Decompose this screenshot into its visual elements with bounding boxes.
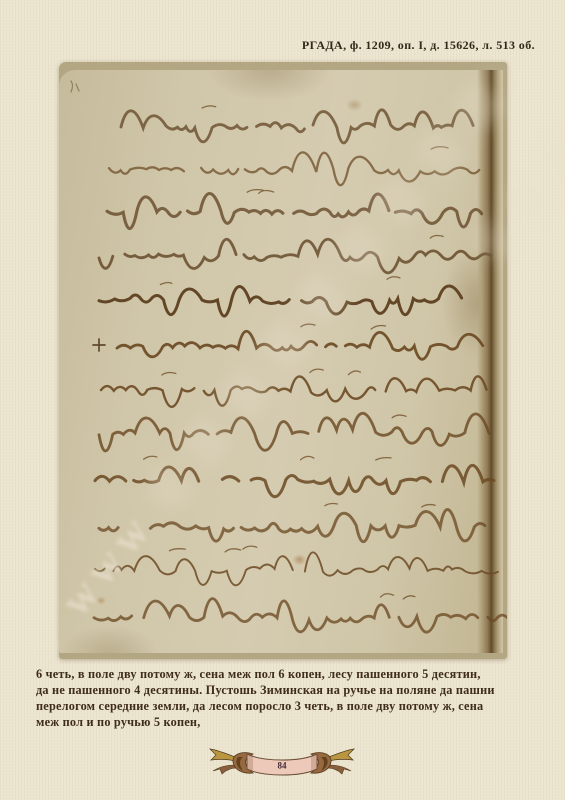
caption-line: 6 четь, в поле дву потому ж, сена меж по… — [36, 666, 538, 682]
caption: 6 четь, в поле дву потому ж, сена меж по… — [36, 666, 538, 730]
caption-line: перелогом середние земли, да лесом порос… — [36, 698, 538, 714]
archive-reference: РГАДА, ф. 1209, оп. I, д. 15626, л. 513 … — [302, 38, 535, 53]
manuscript-paper — [59, 70, 481, 653]
caption-line: да не пашенного 4 десятины. Пустошь Зими… — [36, 682, 538, 698]
page-fold-shadow — [477, 70, 503, 653]
book-page: { "header": { "reference": "РГАДА, ф. 12… — [0, 0, 565, 800]
caption-line: меж пол и по ручью 5 копен, — [36, 714, 538, 730]
page-number-ribbon: 84 — [206, 741, 358, 783]
page-number: 84 — [278, 761, 288, 771]
manuscript-photo — [59, 62, 507, 659]
